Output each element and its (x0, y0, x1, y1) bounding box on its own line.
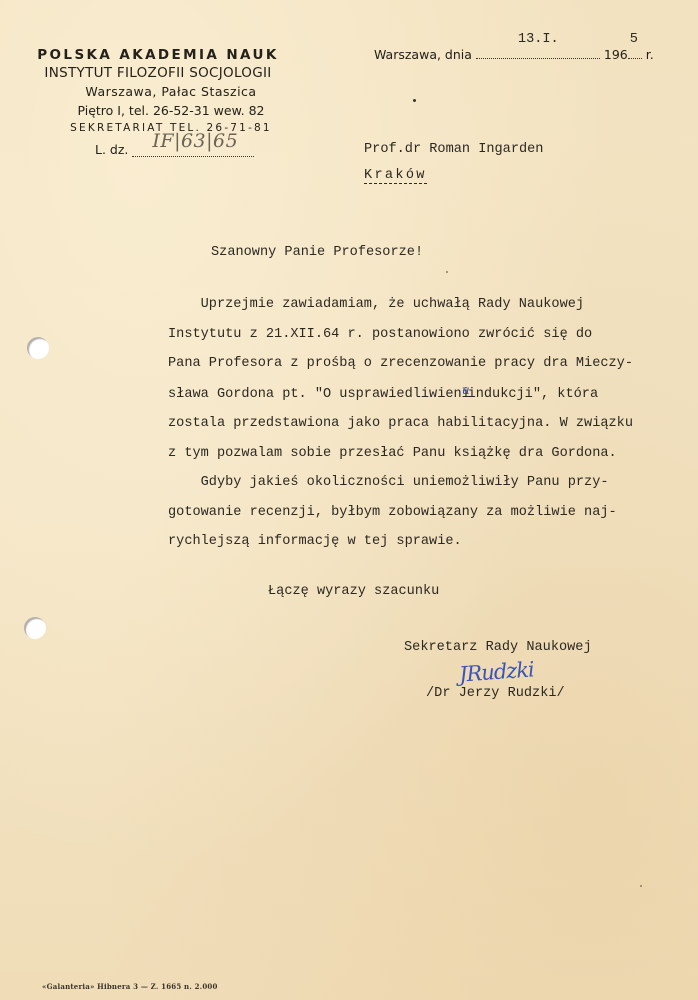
body-line: z tym pozwalam sobie przesłać Panu książ… (168, 439, 688, 469)
year-digit: 5 (630, 32, 638, 47)
handwritten-signature: JRudzki (458, 657, 534, 686)
addressee: Prof.dr Roman Ingarden Kraków (364, 137, 543, 189)
stray-mark (446, 271, 448, 273)
printer-imprint: «Galanteria» Hibnera 3 — Z. 1665 n. 2.00… (42, 982, 218, 991)
body-line: gotowanie recenzji, byłbym zobowiązany z… (168, 498, 688, 528)
body-line: Uprzejmie zawiadamiam, że uchwałą Rady N… (168, 290, 688, 320)
stray-mark (413, 99, 416, 102)
salutation: Szanowny Panie Profesorze! (211, 245, 423, 260)
paragraph-1: Uprzejmie zawiadamiam, że uchwałą Rady N… (168, 290, 688, 468)
handwritten-correction: u (462, 383, 470, 397)
body-line: Pana Profesora z prośbą o zrecenzowanie … (168, 349, 688, 379)
signature-block: Sekretarz Rady Naukowej JRudzki /Dr Jerz… (404, 640, 592, 655)
reference-number: L. dz. IF|63|65 (95, 140, 254, 157)
dateline-suffix: r. (646, 47, 654, 62)
body-line: rychlejszą informację w tej sprawie. (168, 527, 688, 557)
year-dotted-line: 5 (628, 46, 642, 59)
year-prefix: 196 (604, 47, 628, 62)
dateline-prefix: Warszawa, dnia (374, 47, 472, 62)
body-line: Gdyby jakieś okoliczności uniemożliwiły … (168, 468, 688, 498)
signatory-title: Sekretarz Rady Naukowej (404, 640, 592, 655)
body-line-with-correction: sława Gordona pt. "O usprawiedliwieniuin… (168, 379, 688, 410)
punch-hole-bottom (24, 617, 46, 639)
reference-handwritten-value: IF|63|65 (152, 130, 238, 152)
letter-body: Uprzejmie zawiadamiam, że uchwałą Rady N… (168, 290, 688, 557)
letterhead-academy: POLSKA AKADEMIA NAUK (32, 46, 284, 64)
addressee-name: Prof.dr Roman Ingarden (364, 137, 543, 163)
addressee-city: Kraków (364, 168, 427, 184)
punch-hole-top (27, 337, 49, 359)
body-line-part: sława Gordona pt. "O usprawiedliwieni (168, 387, 470, 402)
letterhead-phone: Piętro I, tel. 26-52-31 wew. 82 (32, 101, 284, 120)
body-line: zostala przedstawiona jako praca habilit… (168, 409, 688, 439)
date-value: 13.I. (518, 32, 559, 47)
reference-dotted-line: IF|63|65 (132, 140, 254, 157)
body-line: Instytutu z 21.XII.64 r. postanowiono zw… (168, 320, 688, 350)
letterhead-address: Warszawa, Pałac Staszica (32, 82, 284, 101)
signatory-name: /Dr Jerzy Rudzki/ (426, 686, 565, 701)
letterhead: POLSKA AKADEMIA NAUK INSTYTUT FILOZOFII … (32, 46, 284, 136)
stray-mark (640, 885, 642, 887)
date-dotted-line: 13.I. (476, 46, 600, 59)
letter-page: POLSKA AKADEMIA NAUK INSTYTUT FILOZOFII … (0, 0, 698, 1000)
closing: Łączę wyrazy szacunku (268, 584, 439, 599)
body-line-part: indukcji", która (468, 387, 599, 402)
dateline: Warszawa, dnia 13.I. 1965 r. (374, 46, 654, 62)
paragraph-2: Gdyby jakieś okoliczności uniemożliwiły … (168, 468, 688, 557)
letterhead-institute: INSTYTUT FILOZOFII SOCJOLOGII (32, 64, 284, 82)
reference-label: L. dz. (95, 142, 128, 157)
